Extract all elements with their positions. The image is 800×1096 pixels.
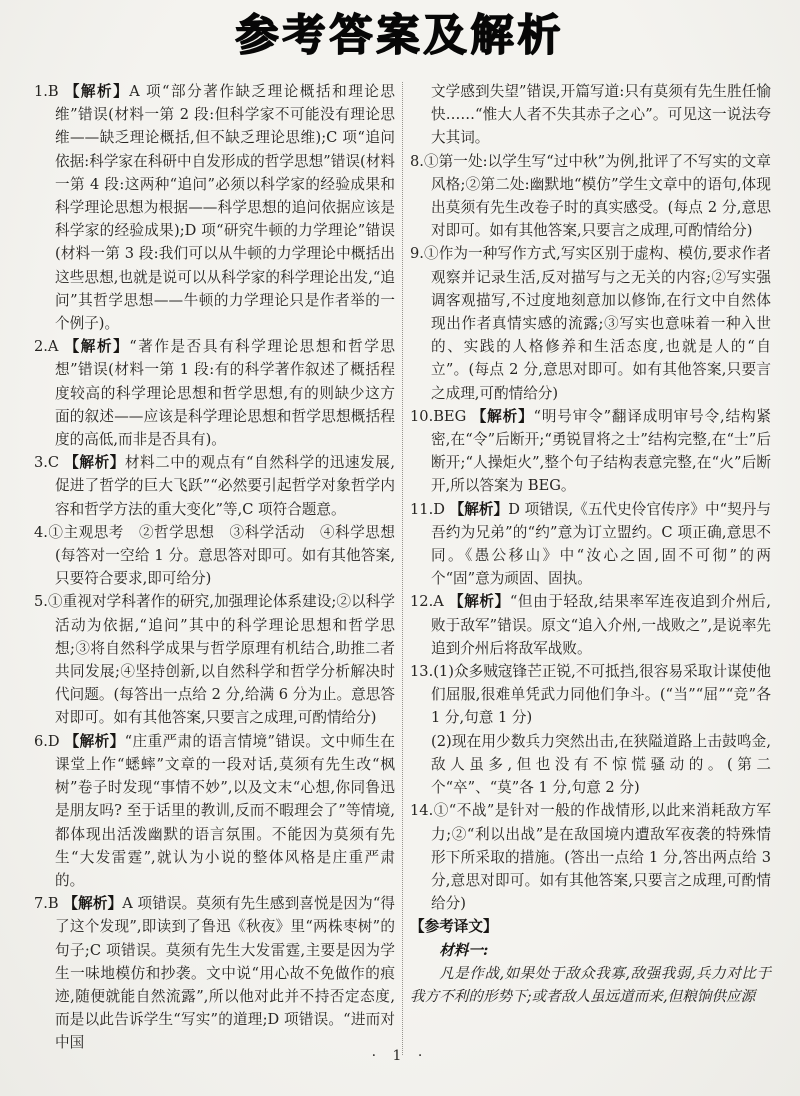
page-footer: · 1 ·: [0, 1048, 800, 1064]
answer-item: 13.(1)众多贼寇锋芒正锐,不可抵挡,很容易采取计谋使他们屈服,很难单凭武力同…: [410, 660, 771, 730]
answer-item: 14.①“不战”是针对一般的作战情形,以此来消耗敌方军力;②“利以出战”是在敌国…: [410, 799, 771, 915]
item-label-bold: 【解析】: [63, 895, 122, 912]
item-label-bold: 【解析】: [65, 338, 130, 355]
answer-item: 4.①主观思考 ②哲学思想 ③科学活动 ④科学思想(每答对一空给 1 分。意思答…: [34, 521, 395, 591]
item-label-bold: 【解析】: [450, 501, 509, 518]
answer-item: 3.C 【解析】材料二中的观点有“自然科学的迅速发展,促进了哲学的巨大飞跃”“必…: [34, 451, 395, 521]
answer-item: 11.D 【解析】D 项错误,《五代史伶官传序》中“契丹与吾约为兄弟”的“约”意…: [410, 498, 771, 591]
page-number: · 1 ·: [372, 1048, 429, 1064]
item-number: 2.A: [34, 338, 65, 355]
item-text: ①作为一种写作方式,写实区别于虚构、模仿,要求作者观察并记录生活,反对描写与之无…: [424, 245, 771, 401]
item-text: ①“不战”是针对一般的作战情形,以此来消耗敌方军力;②“利以出战”是在敌国境内遭…: [431, 802, 771, 912]
item-number: 3.C: [34, 454, 64, 471]
item-text: (2)现在用少数兵力突然出击,在狭隘道路上击鼓鸣金,敌人虽多,但也没有不惊慌骚动…: [431, 733, 771, 796]
answer-item: 9.①作为一种写作方式,写实区别于虚构、模仿,要求作者观察并记录生活,反对描写与…: [410, 242, 771, 404]
answer-item: 10.BEG 【解析】“明号审令”翻译成明审号令,结构紧密,在“令”后断开;“勇…: [410, 405, 771, 498]
item-number: 14.: [410, 802, 433, 819]
item-text: A 项“部分著作缺乏理论概括和理论思维”错误(材料一第 2 段:但科学家不可能没…: [55, 83, 395, 332]
item-number: 1.B: [34, 83, 65, 100]
item-label-bold: 【解析】: [472, 408, 534, 425]
item-label-bold: 材料一:: [439, 942, 488, 959]
item-label-bold: 【解析】: [65, 83, 129, 100]
answer-item: 1.B 【解析】A 项“部分著作缺乏理论概括和理论思维”错误(材料一第 2 段:…: [34, 80, 395, 335]
answer-item: 6.D 【解析】“庄重严肃的语言情境”错误。文中师生在课堂上作“蟋蟀”文章的一段…: [34, 730, 395, 892]
item-label-bold: 【解析】: [64, 454, 125, 471]
item-label-bold: 【参考译文】: [410, 918, 498, 935]
column-divider: [402, 82, 403, 1055]
answer-item: (2)现在用少数兵力突然出击,在狭隘道路上击鼓鸣金,敌人虽多,但也没有不惊慌骚动…: [410, 730, 771, 800]
item-text: ①第一处:以学生写“过中秋”为例,批评了不写实的文章风格;②第二处:幽默地“模仿…: [424, 153, 771, 240]
page-title: 参考答案及解析: [0, 8, 800, 64]
item-text: 凡是作战,如果处于敌众我寡,敌强我弱,兵力对比于我方不利的形势下;或者敌人虽远道…: [410, 965, 771, 1005]
item-number: 12.A: [410, 593, 449, 610]
item-text: A 项错误。莫须有先生感到喜悦是因为“得了这个发现”,即读到了鲁迅《秋夜》里“两…: [55, 895, 395, 1051]
item-number: 7.B: [34, 895, 63, 912]
answer-key-page: 参考答案及解析 1.B 【解析】A 项“部分著作缺乏理论概括和理论思维”错误(材…: [0, 0, 800, 1096]
item-text: “庄重严肃的语言情境”错误。文中师生在课堂上作“蟋蟀”文章的一段对话,莫须有先生…: [55, 733, 395, 889]
item-number: 10.BEG: [410, 408, 472, 425]
answer-item: 12.A 【解析】“但由于轻敌,结果率军连夜追到介州后,败于敌军”错误。原文“追…: [410, 590, 771, 660]
answer-item: 2.A 【解析】“著作是否具有科学理论思想和哲学思想”错误(材料一第 1 段:有…: [34, 335, 395, 451]
two-column-layout: 1.B 【解析】A 项“部分著作缺乏理论概括和理论思维”错误(材料一第 2 段:…: [0, 80, 800, 1055]
item-number: 13.: [410, 663, 433, 680]
left-column: 1.B 【解析】A 项“部分著作缺乏理论概括和理论思维”错误(材料一第 2 段:…: [34, 80, 395, 1055]
item-label-bold: 【解析】: [449, 593, 510, 610]
answer-item: 材料一:: [410, 939, 771, 962]
item-number: 6.D: [34, 733, 65, 750]
answer-item: 8.①第一处:以学生写“过中秋”为例,批评了不写实的文章风格;②第二处:幽默地“…: [410, 150, 771, 243]
answer-item: 文学感到失望”错误,开篇写道:只有莫须有先生胜任愉快……“惟大人者不失其赤子之心…: [410, 80, 771, 150]
answer-item: 5.①重视对学科著作的研究,加强理论体系建设;②以科学活动为依据,“追问”其中的…: [34, 590, 395, 729]
item-number: 11.D: [410, 501, 450, 518]
item-text: ①重视对学科著作的研究,加强理论体系建设;②以科学活动为依据,“追问”其中的科学…: [48, 593, 395, 726]
item-number: 5.: [34, 593, 48, 610]
answer-item: 凡是作战,如果处于敌众我寡,敌强我弱,兵力对比于我方不利的形势下;或者敌人虽远道…: [410, 962, 771, 1008]
item-label-bold: 【解析】: [65, 733, 125, 750]
answer-item: 【参考译文】: [410, 915, 771, 938]
item-number: 4.: [34, 524, 48, 541]
item-number: 8.: [410, 153, 424, 170]
item-text: ①主观思考 ②哲学思想 ③科学活动 ④科学思想(每答对一空给 1 分。意思答对即…: [48, 524, 395, 587]
item-text: 文学感到失望”错误,开篇写道:只有莫须有先生胜任愉快……“惟大人者不失其赤子之心…: [431, 83, 771, 146]
answer-item: 7.B 【解析】A 项错误。莫须有先生感到喜悦是因为“得了这个发现”,即读到了鲁…: [34, 892, 395, 1054]
item-text: (1)众多贼寇锋芒正锐,不可抵挡,很容易采取计谋使他们屈服,很难单凭武力同他们争…: [431, 663, 771, 726]
item-number: 9.: [410, 245, 424, 262]
right-column: 文学感到失望”错误,开篇写道:只有莫须有先生胜任愉快……“惟大人者不失其赤子之心…: [410, 80, 771, 1055]
